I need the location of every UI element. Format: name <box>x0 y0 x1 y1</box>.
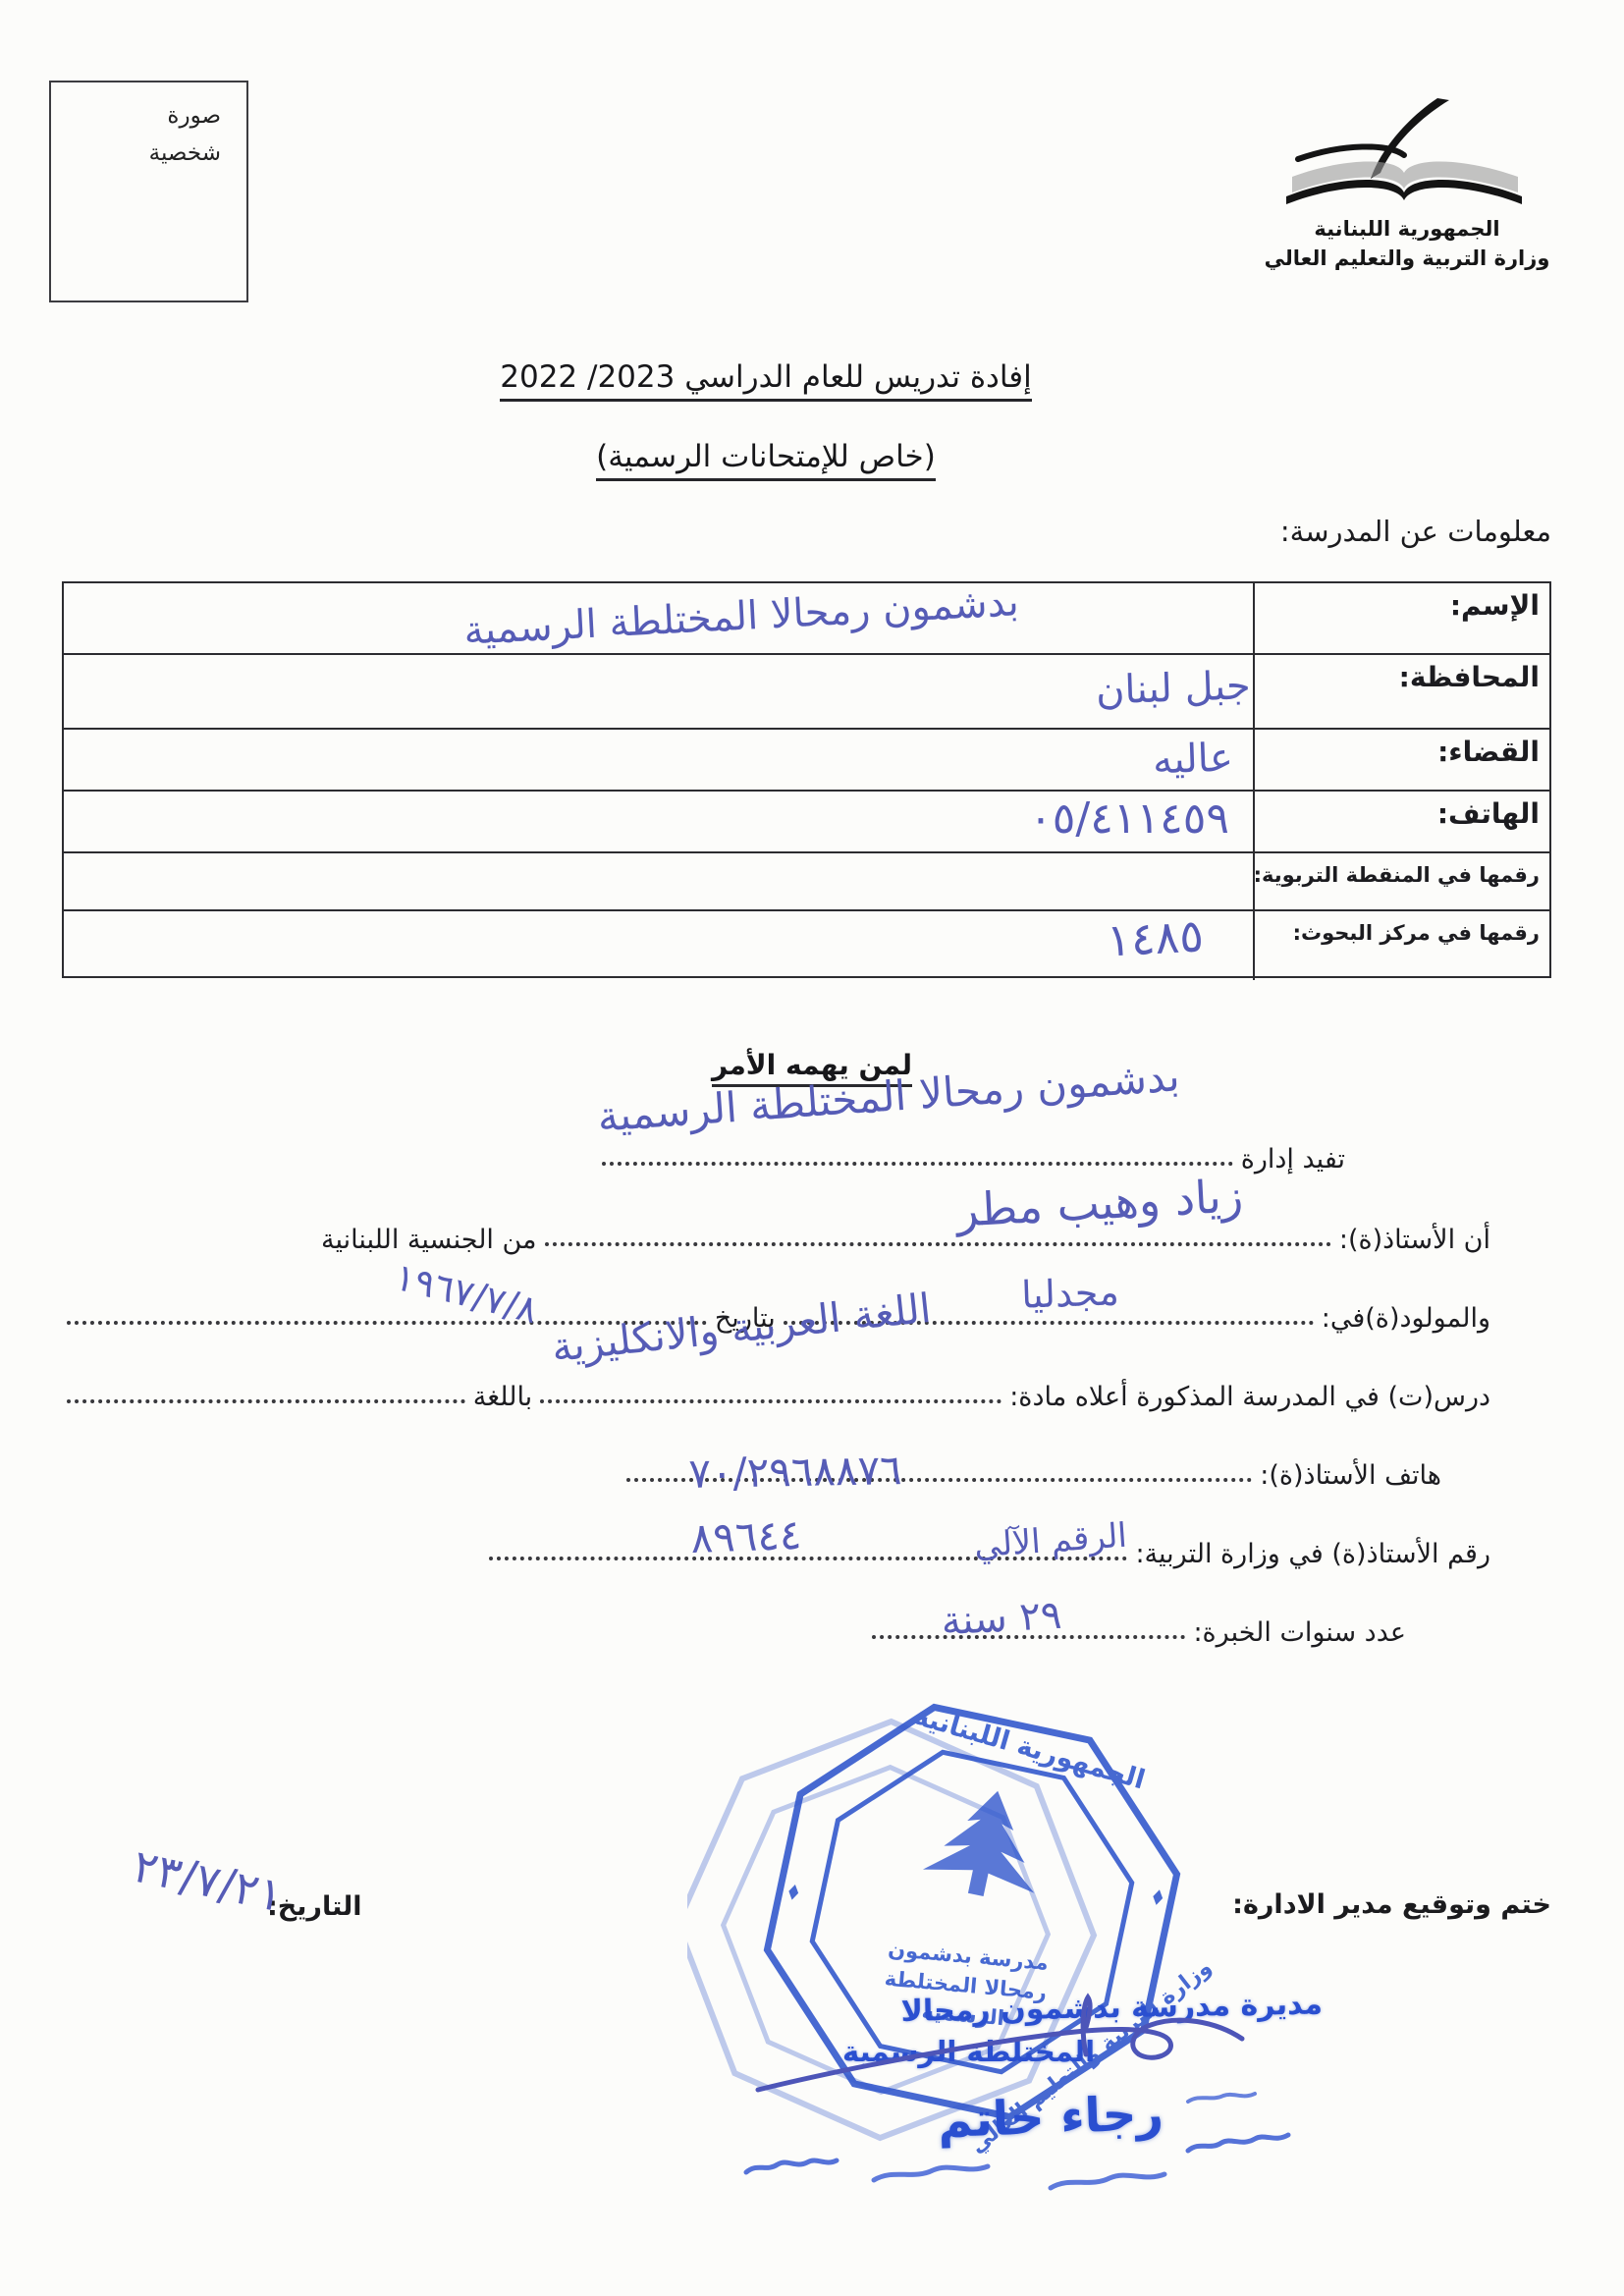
handwritten-research-number: ١٤٨٥ <box>1106 912 1205 962</box>
table-label-governorate: المحافظة: <box>1253 655 1549 730</box>
line4-label: درس(ت) في المدرسة المذكورة أعلاه مادة: <box>1009 1382 1490 1412</box>
table-label-name: الإسم: <box>1253 583 1549 655</box>
line3-label: والمولود(ة)في: <box>1322 1303 1490 1334</box>
stamp-diamond-right-icon <box>1152 1888 1164 1906</box>
photo-placeholder-box: صورة شخصية <box>49 81 248 302</box>
stamp-diamond-left-icon <box>787 1884 800 1901</box>
handwritten-school-name: بدشمون رمحالا المختلطة الرسمية <box>426 580 1056 652</box>
dotted-line <box>602 1162 1233 1166</box>
table-value-phone: ٠٥/٤١١٤٥٩ <box>64 792 1253 853</box>
line-subject: درس(ت) في المدرسة المذكورة أعلاه مادة: ب… <box>59 1367 1490 1412</box>
handwritten-district: عاليه <box>1153 738 1234 781</box>
table-label-phone: الهاتف: <box>1253 792 1549 853</box>
stamp-signature-label: ختم وتوقيع مدير الادارة: <box>1232 1889 1551 1920</box>
photo-box-label-line2: شخصية <box>51 136 221 173</box>
school-info-table: الإسم: بدشمون رمحالا المختلطة الرسمية ال… <box>62 581 1551 978</box>
photo-box-label-line1: صورة <box>51 98 221 136</box>
cedar-tree-icon <box>920 1779 1054 1907</box>
document-subtitle: (خاص للإمتحانات الرسمية) <box>596 439 936 481</box>
school-years: 2022 /2023 <box>500 359 675 395</box>
table-value-district: عاليه <box>64 730 1253 792</box>
dotted-line <box>545 1242 1331 1246</box>
dotted-line <box>540 1399 1001 1403</box>
document-title: إفادة تدريس للعام الدراسي 2022 /2023 <box>500 359 1032 402</box>
line6-label: رقم الأستاذ(ة) في وزارة التربية: <box>1135 1539 1490 1569</box>
handwritten-governorate: جبل لبنان <box>1096 666 1252 710</box>
handwritten-school-phone: ٠٥/٤١١٤٥٩ <box>1029 797 1229 841</box>
handwritten-teacher-phone: ٧٠/٢٩٦٨٨٧٦ <box>628 1449 963 1496</box>
open-book-icon <box>1274 98 1540 214</box>
table-value-name: بدشمون رمحالا المختلطة الرسمية <box>64 583 1253 655</box>
table-label-district-number: رقمها في المنقطة التربوية: <box>1253 853 1549 911</box>
school-info-heading: معلومات عن المدرسة: <box>1280 515 1551 548</box>
line-school-administration: تفيد إدارة <box>594 1129 1345 1175</box>
document-titles: إفادة تدريس للعام الدراسي 2022 /2023 (خا… <box>412 359 1119 481</box>
stamp-squiggles <box>727 2082 1316 2210</box>
table-label-research-number: رقمها في مركز البحوث: <box>1253 911 1549 980</box>
table-value-district-number <box>64 853 1253 911</box>
scanned-teaching-certificate: صورة شخصية الجمهورية اللبنانية وزارة الت… <box>0 0 1624 2296</box>
table-value-governorate: جبل لبنان <box>64 655 1253 730</box>
handwritten-date: ٢٣/٧/٢١ <box>59 1828 356 1933</box>
ministry-logo: الجمهورية اللبنانية وزارة التربية والتعل… <box>1255 98 1559 274</box>
table-label-district: القضاء: <box>1253 730 1549 792</box>
line4-mid-label: باللغة <box>473 1382 532 1412</box>
logo-text-republic: الجمهورية اللبنانية <box>1255 214 1559 244</box>
line2-label: أن الأستاذ(ة): <box>1339 1225 1490 1255</box>
line5-label: هاتف الأستاذ(ة): <box>1260 1460 1441 1491</box>
logo-text-ministry: وزارة التربية والتعليم العالي <box>1255 244 1559 273</box>
dotted-line <box>67 1399 465 1403</box>
table-value-research-number: ١٤٨٥ <box>64 911 1253 980</box>
